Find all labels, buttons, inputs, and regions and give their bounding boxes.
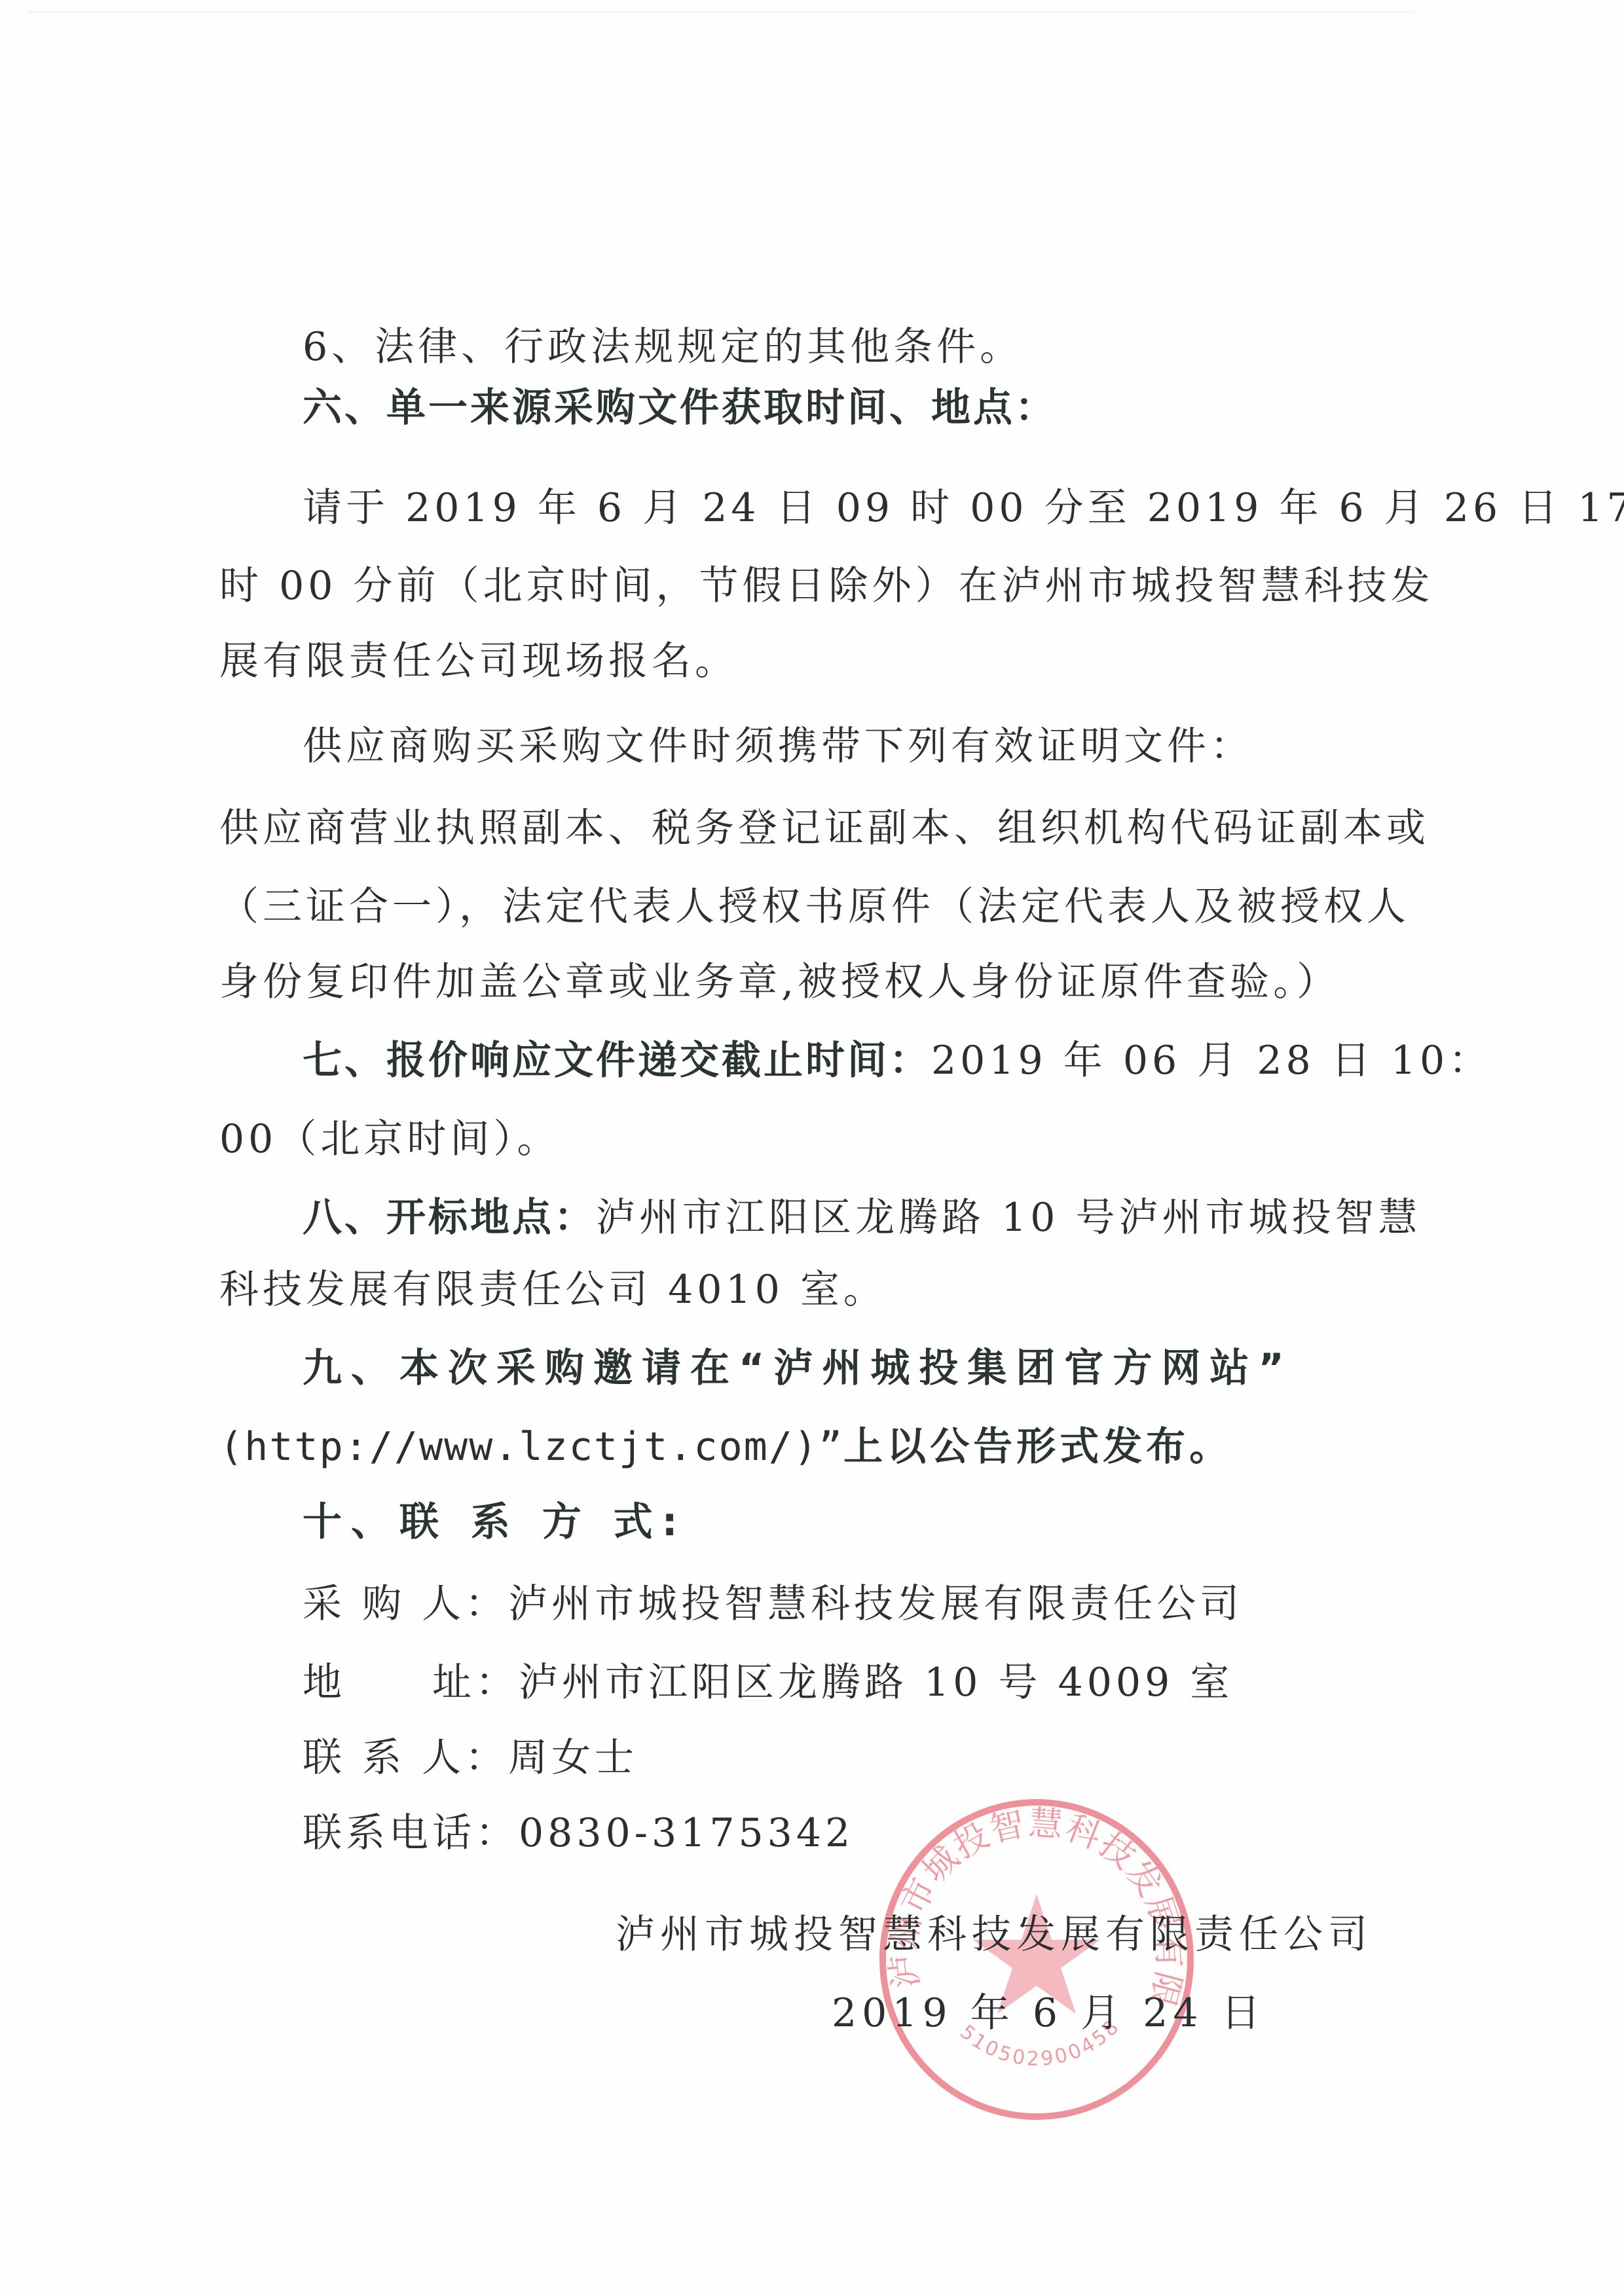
document-page: 6、法律、行政法规规定的其他条件。 六、单一来源采购文件获取时间、地点： 请于 … [0,0,1624,2296]
section-8-line-1: 八、开标地点：泸州市江阳区龙腾路 10 号泸州市城投智慧 [303,1195,1422,1241]
company-seal-icon: 泸州市城投智慧科技发展有限责任公司 5105029004587 [876,1799,1197,2120]
website-url[interactable]: (http://www.lzctjt.com/)” [219,1424,843,1470]
scan-artifact [26,10,1414,13]
section-6-paragraph-2-line-1: 供应商购买采购文件时须携带下列有效证明文件： [303,723,1253,769]
address-value: 泸州市江阳区龙腾路 10 号 4009 室 [519,1660,1233,1705]
section-6-paragraph-1-line-1: 请于 2019 年 6 月 24 日 09 时 00 分至 2019 年 6 月… [303,485,1624,531]
person-label: 联 系 人： [303,1735,508,1781]
section-6-paragraph-1-line-3: 展有限责任公司现场报名。 [219,638,738,684]
section-9-line-1: 九、本次采购邀请在“泸州城投集团官方网站” [303,1345,1293,1391]
section-10-heading: 十、联 系 方 式: [303,1499,687,1545]
signature-date: 2019 年 6 月 24 日 [832,1990,1266,2036]
section-8-heading: 八、开标地点： [303,1195,596,1241]
svg-text:泸州市城投智慧科技发展有限责任公司: 泸州市城投智慧科技发展有限责任公司 [876,1799,1189,2012]
section-6-paragraph-1-line-2: 时 00 分前（北京时间，节假日除外）在泸州市城投智慧科技发 [219,563,1434,609]
phone-label: 联系电话： [303,1810,519,1856]
section-7-heading: 七、报价响应文件递交截止时间： [303,1038,931,1084]
phone-value: 0830-3175342 [519,1810,854,1856]
contact-person: 联 系 人：周女士 [303,1735,638,1781]
contact-purchaser: 采 购 人：泸州市城投智慧科技发展有限责任公司 [303,1581,1243,1627]
signature-company: 泸州市城投智慧科技发展有限责任公司 [616,1912,1373,1958]
section-6-heading: 六、单一来源采购文件获取时间、地点： [303,385,1057,431]
section-8-line-2: 科技发展有限责任公司 4010 室。 [219,1267,887,1313]
address-label: 地 址： [303,1660,519,1705]
section-9-line-2-text: 上以公告形式发布。 [843,1424,1232,1470]
section-7-line-1: 七、报价响应文件递交截止时间：2019 年 06 月 28 日 10： [303,1038,1492,1084]
person-value: 周女士 [508,1735,638,1781]
section-7-line-2: 00（北京时间）。 [219,1116,560,1162]
section-8-location: 泸州市江阳区龙腾路 10 号泸州市城投智慧 [596,1195,1422,1241]
purchaser-label: 采 购 人： [303,1581,508,1627]
purchaser-value: 泸州市城投智慧科技发展有限责任公司 [508,1581,1243,1627]
section-9-line-2: (http://www.lzctjt.com/)”上以公告形式发布。 [219,1424,1232,1470]
section-6-paragraph-2-line-2: 供应商营业执照副本、税务登记证副本、组织机构代码证副本或 [219,805,1430,851]
contact-address: 地 址：泸州市江阳区龙腾路 10 号 4009 室 [303,1660,1233,1705]
contact-phone: 联系电话：0830-3175342 [303,1810,854,1856]
item-6-text: 6、法律、行政法规规定的其他条件。 [303,324,1023,370]
section-7-deadline: 2019 年 06 月 28 日 10： [931,1038,1492,1084]
seal-arc-text: 泸州市城投智慧科技发展有限责任公司 [876,1799,1189,2012]
section-6-paragraph-2-line-4: 身份复印件加盖公章或业务章,被授权人身份证原件查验。） [219,959,1340,1005]
section-6-paragraph-2-line-3: （三证合一），法定代表人授权书原件（法定代表人及被授权人 [219,884,1410,930]
